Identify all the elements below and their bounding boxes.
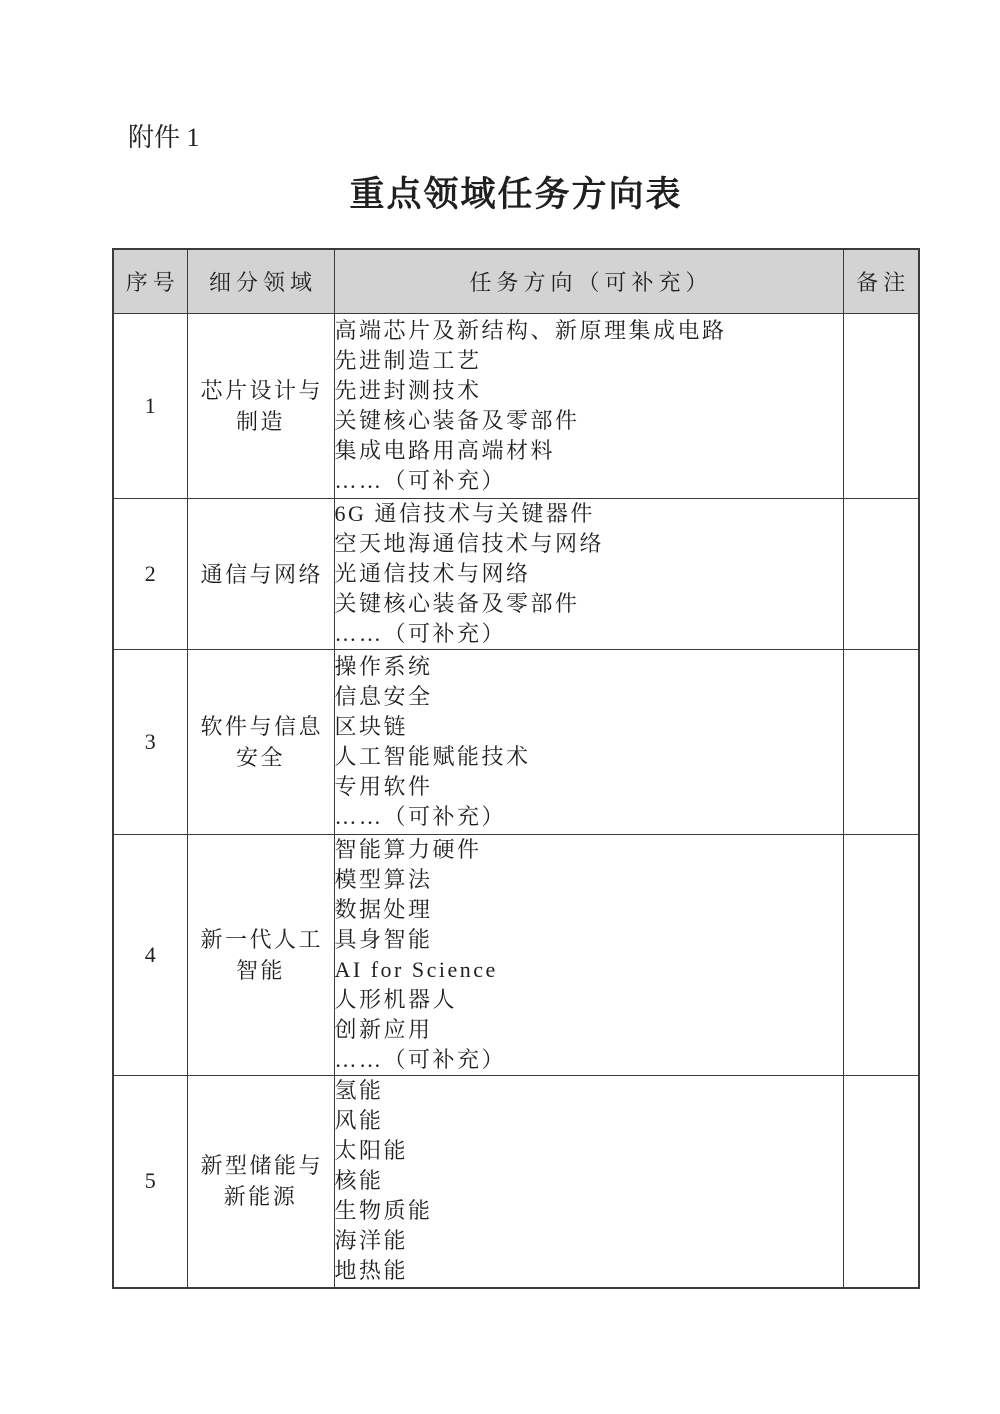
page-title: 重点领域任务方向表 [112, 172, 918, 218]
field-cell: 新型储能与 新能源 [187, 1076, 334, 1288]
header-cell-direction: 任务方向（可补充） [334, 249, 843, 314]
row-index-cell: 3 [113, 650, 187, 835]
header-cell-index: 序号 [113, 249, 187, 314]
field-cell: 软件与信息 安全 [187, 650, 334, 835]
remark-cell [843, 650, 919, 835]
header-cell-field: 细分领域 [187, 249, 334, 314]
row-index-cell: 4 [113, 835, 187, 1076]
row-index-cell: 2 [113, 499, 187, 650]
remark-cell [843, 1076, 919, 1288]
tasks-cell: 6G 通信技术与关键器件 空天地海通信技术与网络 光通信技术与网络 关键核心装备… [334, 499, 843, 650]
table-row: 1 芯片设计与 制造 高端芯片及新结构、新原理集成电路 先进制造工艺 先进封测技… [113, 314, 919, 499]
tasks-cell: 氢能 风能 太阳能 核能 生物质能 海洋能 地热能 [334, 1076, 843, 1288]
row-index-cell: 5 [113, 1076, 187, 1288]
remark-cell [843, 499, 919, 650]
header-cell-remark: 备注 [843, 249, 919, 314]
tasks-cell: 智能算力硬件 模型算法 数据处理 具身智能 AI for Science 人形机… [334, 835, 843, 1076]
table-row: 2 通信与网络 6G 通信技术与关键器件 空天地海通信技术与网络 光通信技术与网… [113, 499, 919, 650]
row-index-cell: 1 [113, 314, 187, 499]
tasks-cell: 高端芯片及新结构、新原理集成电路 先进制造工艺 先进封测技术 关键核心装备及零部… [334, 314, 843, 499]
task-direction-table: 序号 细分领域 任务方向（可补充） 备注 1 芯片设计与 制造 高端芯片及新结构… [112, 248, 920, 1289]
attachment-label: 附件 1 [128, 122, 200, 154]
table-header-row: 序号 细分领域 任务方向（可补充） 备注 [113, 249, 919, 314]
table-row: 3 软件与信息 安全 操作系统 信息安全 区块链 人工智能赋能技术 专用软件 …… [113, 650, 919, 835]
field-cell: 通信与网络 [187, 499, 334, 650]
remark-cell [843, 835, 919, 1076]
table-row: 5 新型储能与 新能源 氢能 风能 太阳能 核能 生物质能 海洋能 地热能 [113, 1076, 919, 1288]
remark-cell [843, 314, 919, 499]
document-page: 附件 1 重点领域任务方向表 序号 细分领域 任务方向（可补充） 备注 1 芯片… [0, 0, 1000, 1414]
table-row: 4 新一代人工 智能 智能算力硬件 模型算法 数据处理 具身智能 AI for … [113, 835, 919, 1076]
field-cell: 新一代人工 智能 [187, 835, 334, 1076]
field-cell: 芯片设计与 制造 [187, 314, 334, 499]
tasks-cell: 操作系统 信息安全 区块链 人工智能赋能技术 专用软件 ……（可补充） [334, 650, 843, 835]
